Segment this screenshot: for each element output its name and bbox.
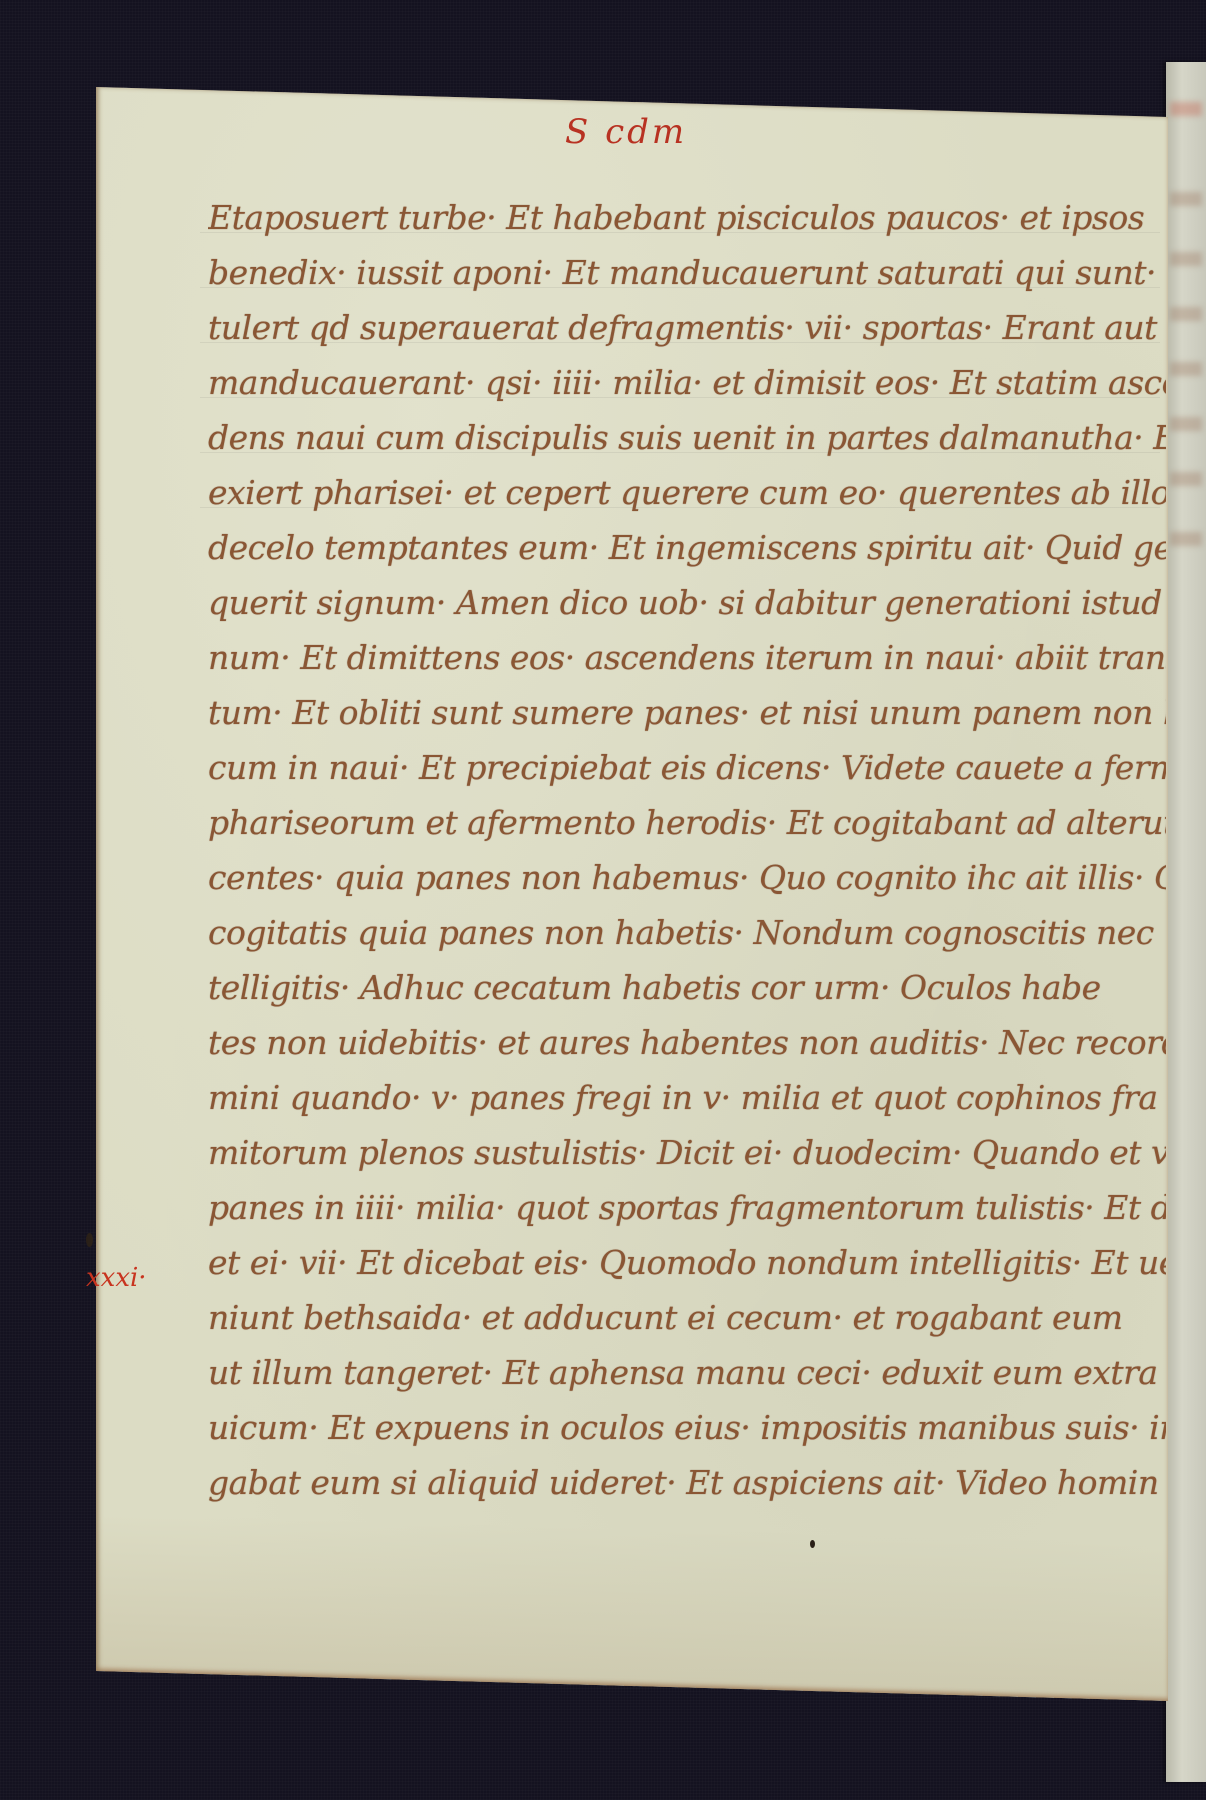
- text-line: querit signum· Amen dico uob· si dabitur…: [208, 575, 1166, 630]
- text-line: mitorum plenos sustulistis· Dicit ei· du…: [208, 1125, 1166, 1180]
- ink-bleed: [1170, 307, 1202, 321]
- text-line: decelo temptantes eum· Et ingemiscens sp…: [208, 520, 1166, 575]
- text-line: ut illum tangeret· Et aphensa manu ceci·…: [208, 1345, 1166, 1400]
- next-leaf-edge: [1166, 62, 1206, 1782]
- text-line: cogitatis quia panes non habetis· Nondum…: [208, 905, 1166, 960]
- ink-speck: [810, 1540, 815, 1548]
- text-line: tes non uidebitis· et aures habentes non…: [208, 1015, 1166, 1070]
- text-line: panes in iiii· milia· quot sportas fragm…: [208, 1180, 1166, 1235]
- ink-bleed: [1170, 417, 1202, 431]
- text-line: exiert pharisei· et cepert querere cum e…: [208, 465, 1166, 520]
- rubric-bleed: [1170, 102, 1202, 116]
- main-text-column: Etaposuert turbe· Et habebant pisciculos…: [208, 190, 1166, 1510]
- text-line: phariseorum et afermento herodis· Et cog…: [208, 795, 1166, 850]
- running-heading: S cdm: [565, 112, 687, 152]
- text-line: tulert qd superauerat defragmentis· vii·…: [208, 300, 1166, 355]
- text-line: et ei· vii· Et dicebat eis· Quomodo nond…: [208, 1235, 1166, 1290]
- text-line: niunt bethsaida· et adducunt ei cecum· e…: [208, 1290, 1166, 1345]
- text-line: num· Et dimittens eos· ascendens iterum …: [208, 630, 1166, 685]
- text-line: uicum· Et expuens in oculos eius· imposi…: [208, 1400, 1166, 1455]
- ink-bleed: [1170, 192, 1202, 206]
- marginal-chapter-number: xxxi·: [86, 1263, 147, 1293]
- text-line: tum· Et obliti sunt sumere panes· et nis…: [208, 685, 1166, 740]
- text-line: cum in naui· Et precipiebat eis dicens· …: [208, 740, 1166, 795]
- ink-bleed: [1170, 252, 1202, 266]
- text-line: manducauerant· qsi· iiii· milia· et dimi…: [208, 355, 1166, 410]
- text-line: mini quando· v· panes fregi in v· milia …: [208, 1070, 1166, 1125]
- margin-ink-mark: [86, 1233, 93, 1247]
- text-line: gabat eum si aliquid uideret· Et aspicie…: [208, 1455, 1166, 1510]
- ink-bleed: [1170, 532, 1202, 546]
- text-line: Etaposuert turbe· Et habebant pisciculos…: [208, 190, 1166, 245]
- text-line: telligitis· Adhuc cecatum habetis cor ur…: [208, 960, 1166, 1015]
- text-line: dens naui cum discipulis suis uenit in p…: [208, 410, 1166, 465]
- text-line: benedix· iussit aponi· Et manducauerunt …: [208, 245, 1166, 300]
- text-line: centes· quia panes non habemus· Quo cogn…: [208, 850, 1166, 905]
- ink-bleed: [1170, 472, 1202, 486]
- ink-bleed: [1170, 362, 1202, 376]
